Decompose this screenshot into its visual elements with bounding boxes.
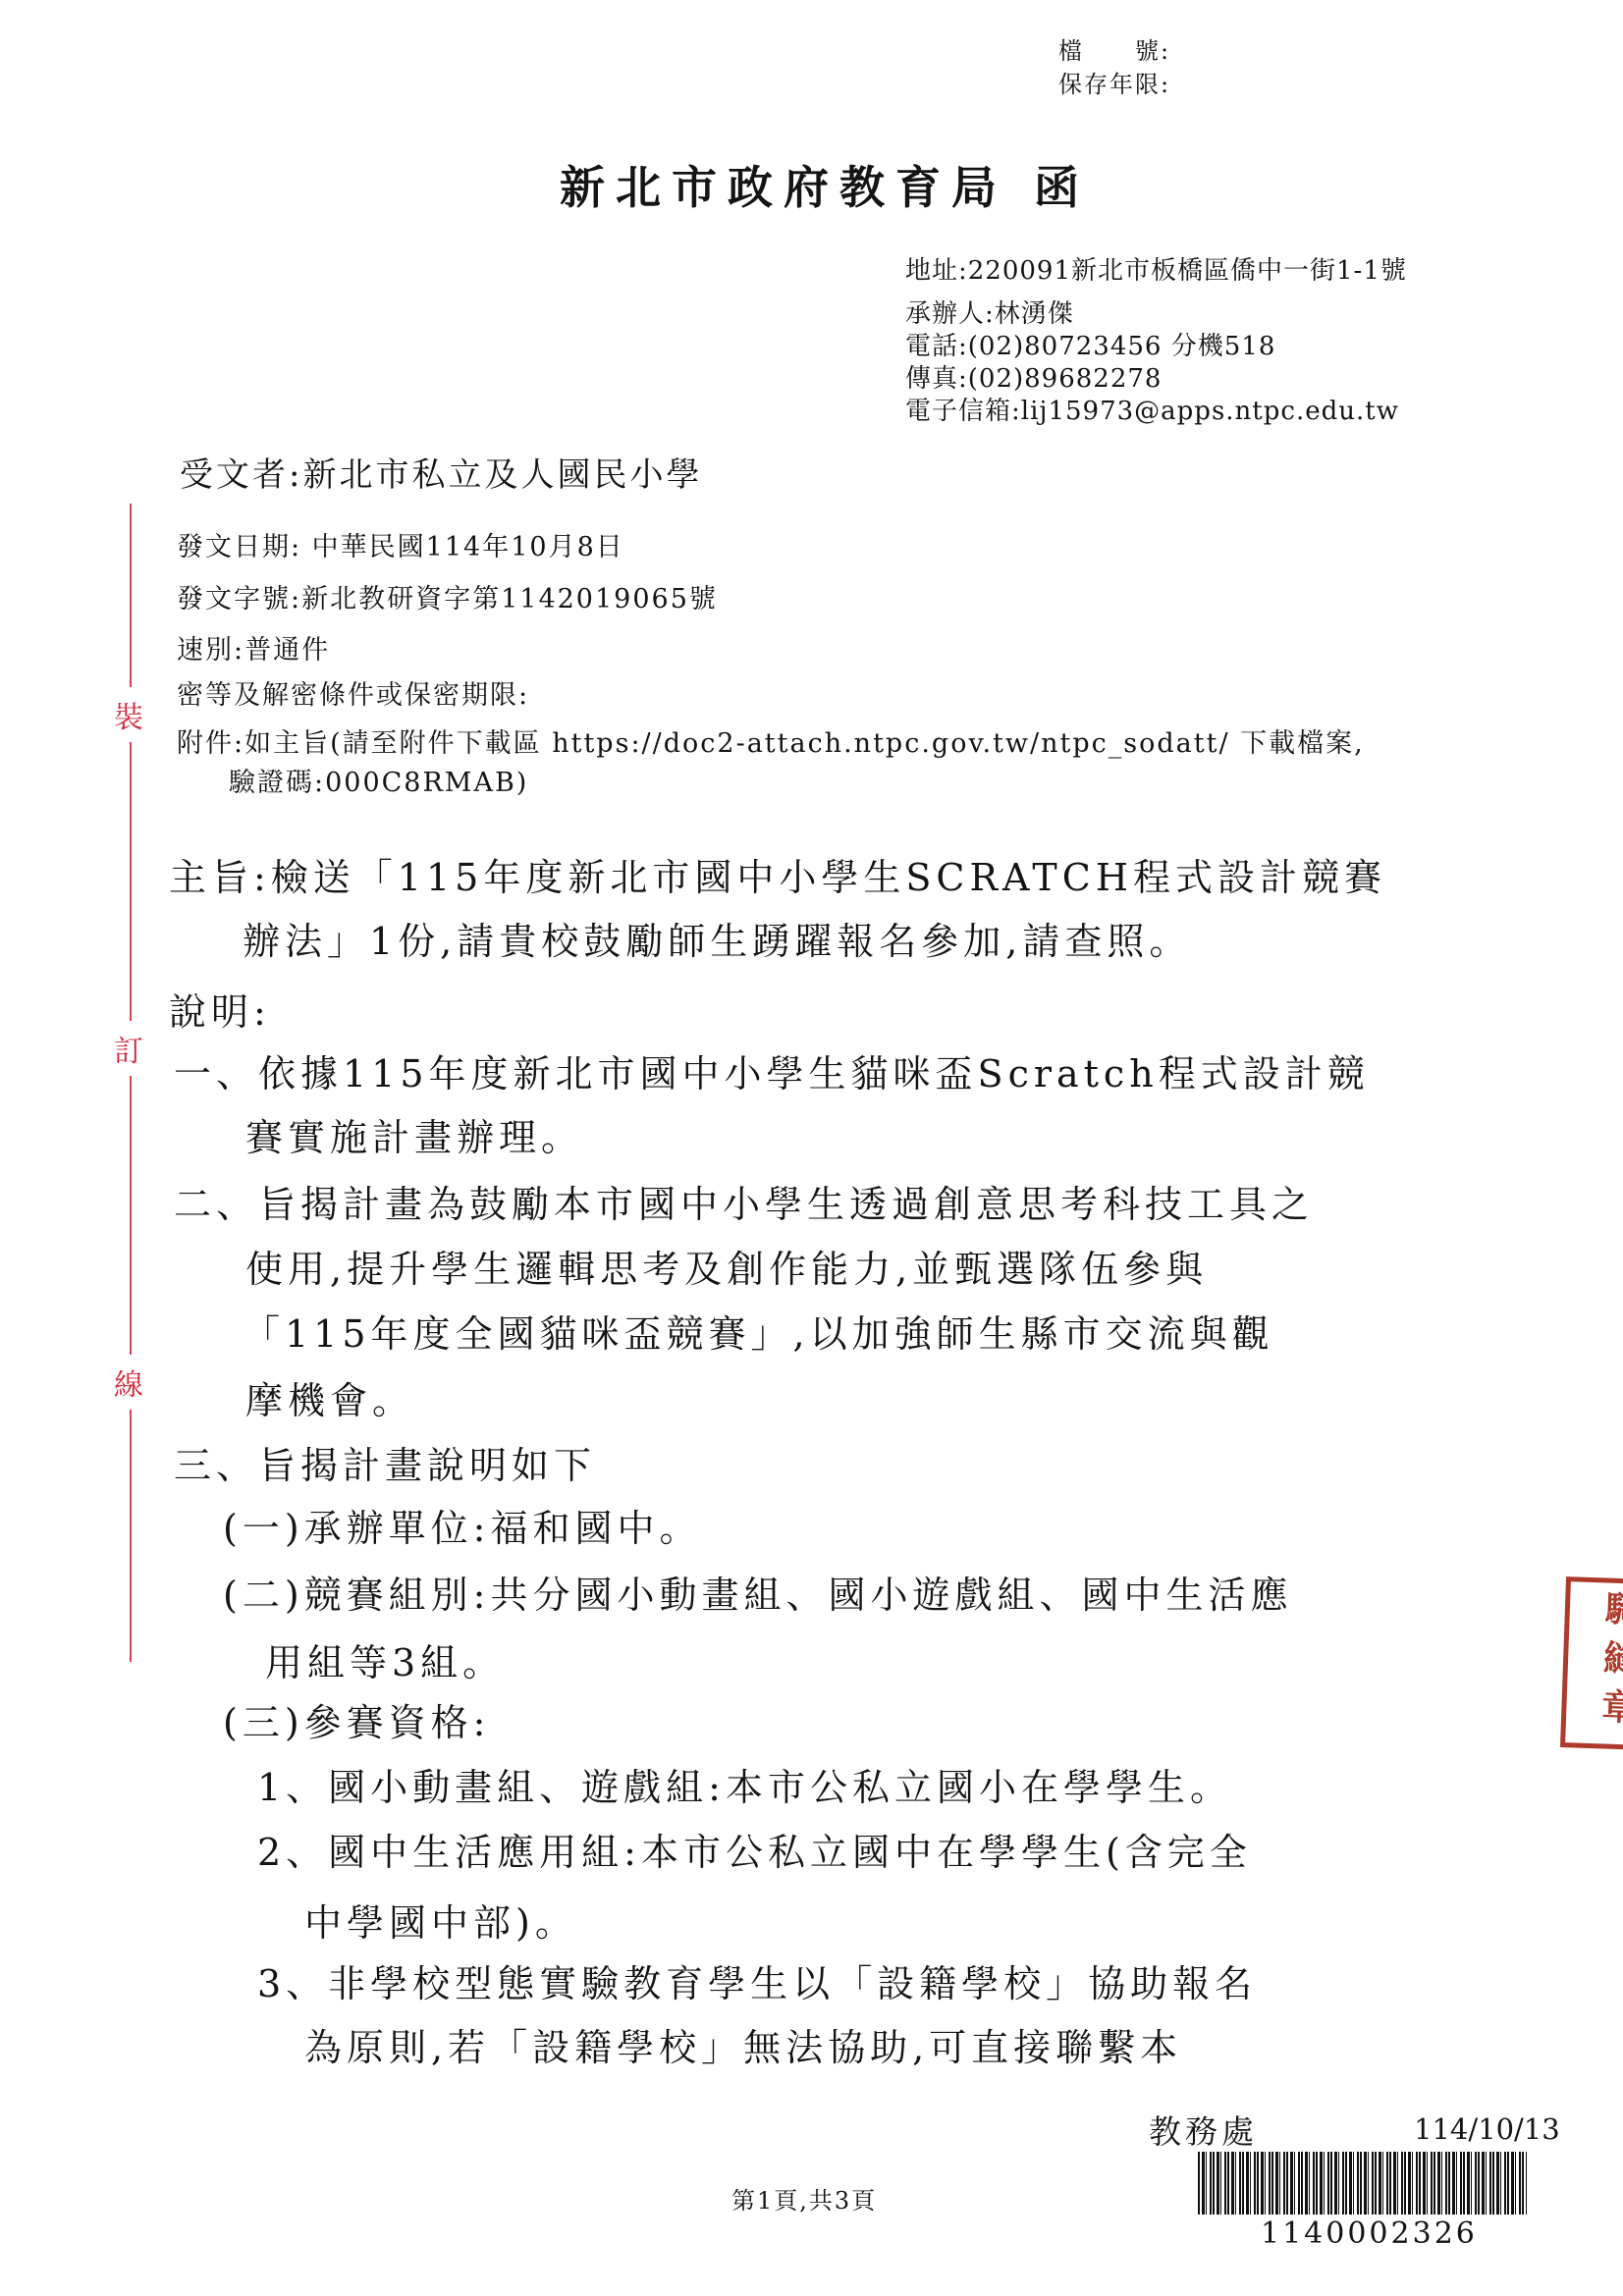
meta-attachment-line-2: 驗證碼:000C8RMAB) <box>229 761 528 799</box>
seam-stamp: 騎縫章 <box>1560 1576 1623 1751</box>
body-line: 摩機會。 <box>245 1370 414 1424</box>
document-page: 檔 號: 保存年限: 新北市政府教育局 函 地址:220091新北市板橋區僑中一… <box>0 0 1623 2296</box>
meta-issue-date: 發文日期: 中華民國114年10月8日 <box>177 525 624 563</box>
body-line: 2、國中生活應用組:本市公私立國中在學學生(含完全 <box>257 1822 1252 1876</box>
recipient-line: 受文者:新北市私立及人國民小學 <box>180 448 702 496</box>
contact-phone: 電話:(02)80723456 分機518 <box>905 326 1275 362</box>
binding-char-xian: 線 <box>112 1355 145 1410</box>
body-line: 賽實施計畫辦理。 <box>245 1107 583 1161</box>
body-line: 三、旨揭計畫說明如下 <box>174 1435 596 1489</box>
contact-fax: 傳真:(02)89682278 <box>905 358 1162 395</box>
body-line: 使用,提升學生邏輯思考及創作能力,並甄選隊伍參與 <box>245 1239 1208 1293</box>
body-line: 為原則,若「設籍學校」無法協助,可直接聯繫本 <box>304 2017 1182 2071</box>
binding-char-zhuang: 裝 <box>112 687 145 742</box>
meta-doc-number: 發文字號:新北教研資字第1142019065號 <box>177 577 718 615</box>
body-line: 二、旨揭計畫為鼓勵本市國中小學生透過創意思考科技工具之 <box>174 1174 1314 1228</box>
body-line: (一)承辦單位:福和國中。 <box>223 1498 701 1552</box>
body-line: 「115年度全國貓咪盃競賽」,以加強師生縣市交流與觀 <box>243 1304 1274 1358</box>
body-line: (三)參賽資格: <box>223 1692 490 1746</box>
binding-char-ding: 訂 <box>112 1021 145 1076</box>
page-title: 新北市政府教育局 函 <box>560 152 1090 217</box>
section-label: 說明: <box>169 982 271 1036</box>
meta-security: 密等及解密條件或保密期限: <box>177 673 529 712</box>
binding-line <box>130 504 132 1662</box>
body-line: 3、非學校型態實驗教育學生以「設籍學校」協助報名 <box>257 1953 1257 2007</box>
barcode-number: 1140002326 <box>1261 2216 1478 2251</box>
footer-department: 教務處 <box>1149 2107 1258 2153</box>
body-line: (二)競賽組別:共分國小動畫組、國小遊戲組、國中生活應 <box>223 1565 1292 1619</box>
meta-attachment-line-1: 附件:如主旨(請至附件下載區 https://doc2-attach.ntpc.… <box>177 721 1365 760</box>
footer-date: 114/10/13 <box>1414 2112 1560 2146</box>
body-line: 中學國中部)。 <box>304 1893 577 1947</box>
contact-email: 電子信箱:lij15973@apps.ntpc.edu.tw <box>905 391 1399 427</box>
body-line: 1、國小動畫組、遊戲組:本市公私立國小在學學生。 <box>257 1757 1232 1811</box>
file-number-label: 檔 號: <box>1058 31 1170 66</box>
contact-address: 地址:220091新北市板橋區僑中一街1-1號 <box>905 250 1407 287</box>
barcode <box>1198 2152 1527 2215</box>
subject-line: 辦法」1份,請貴校鼓勵師生踴躍報名參加,請查照。 <box>243 911 1191 965</box>
subject-line: 主旨:檢送「115年度新北市國中小學生SCRATCH程式設計競賽 <box>169 847 1386 901</box>
contact-person: 承辦人:林湧傑 <box>905 294 1074 330</box>
meta-speed: 速別:普通件 <box>177 628 330 667</box>
body-line: 用組等3組。 <box>265 1632 505 1686</box>
body-line: 一、依據115年度新北市國中小學生貓咪盃Scratch程式設計競 <box>174 1043 1370 1097</box>
page-number-indicator: 第1頁,共3頁 <box>731 2181 877 2216</box>
retention-period-label: 保存年限: <box>1058 65 1170 99</box>
